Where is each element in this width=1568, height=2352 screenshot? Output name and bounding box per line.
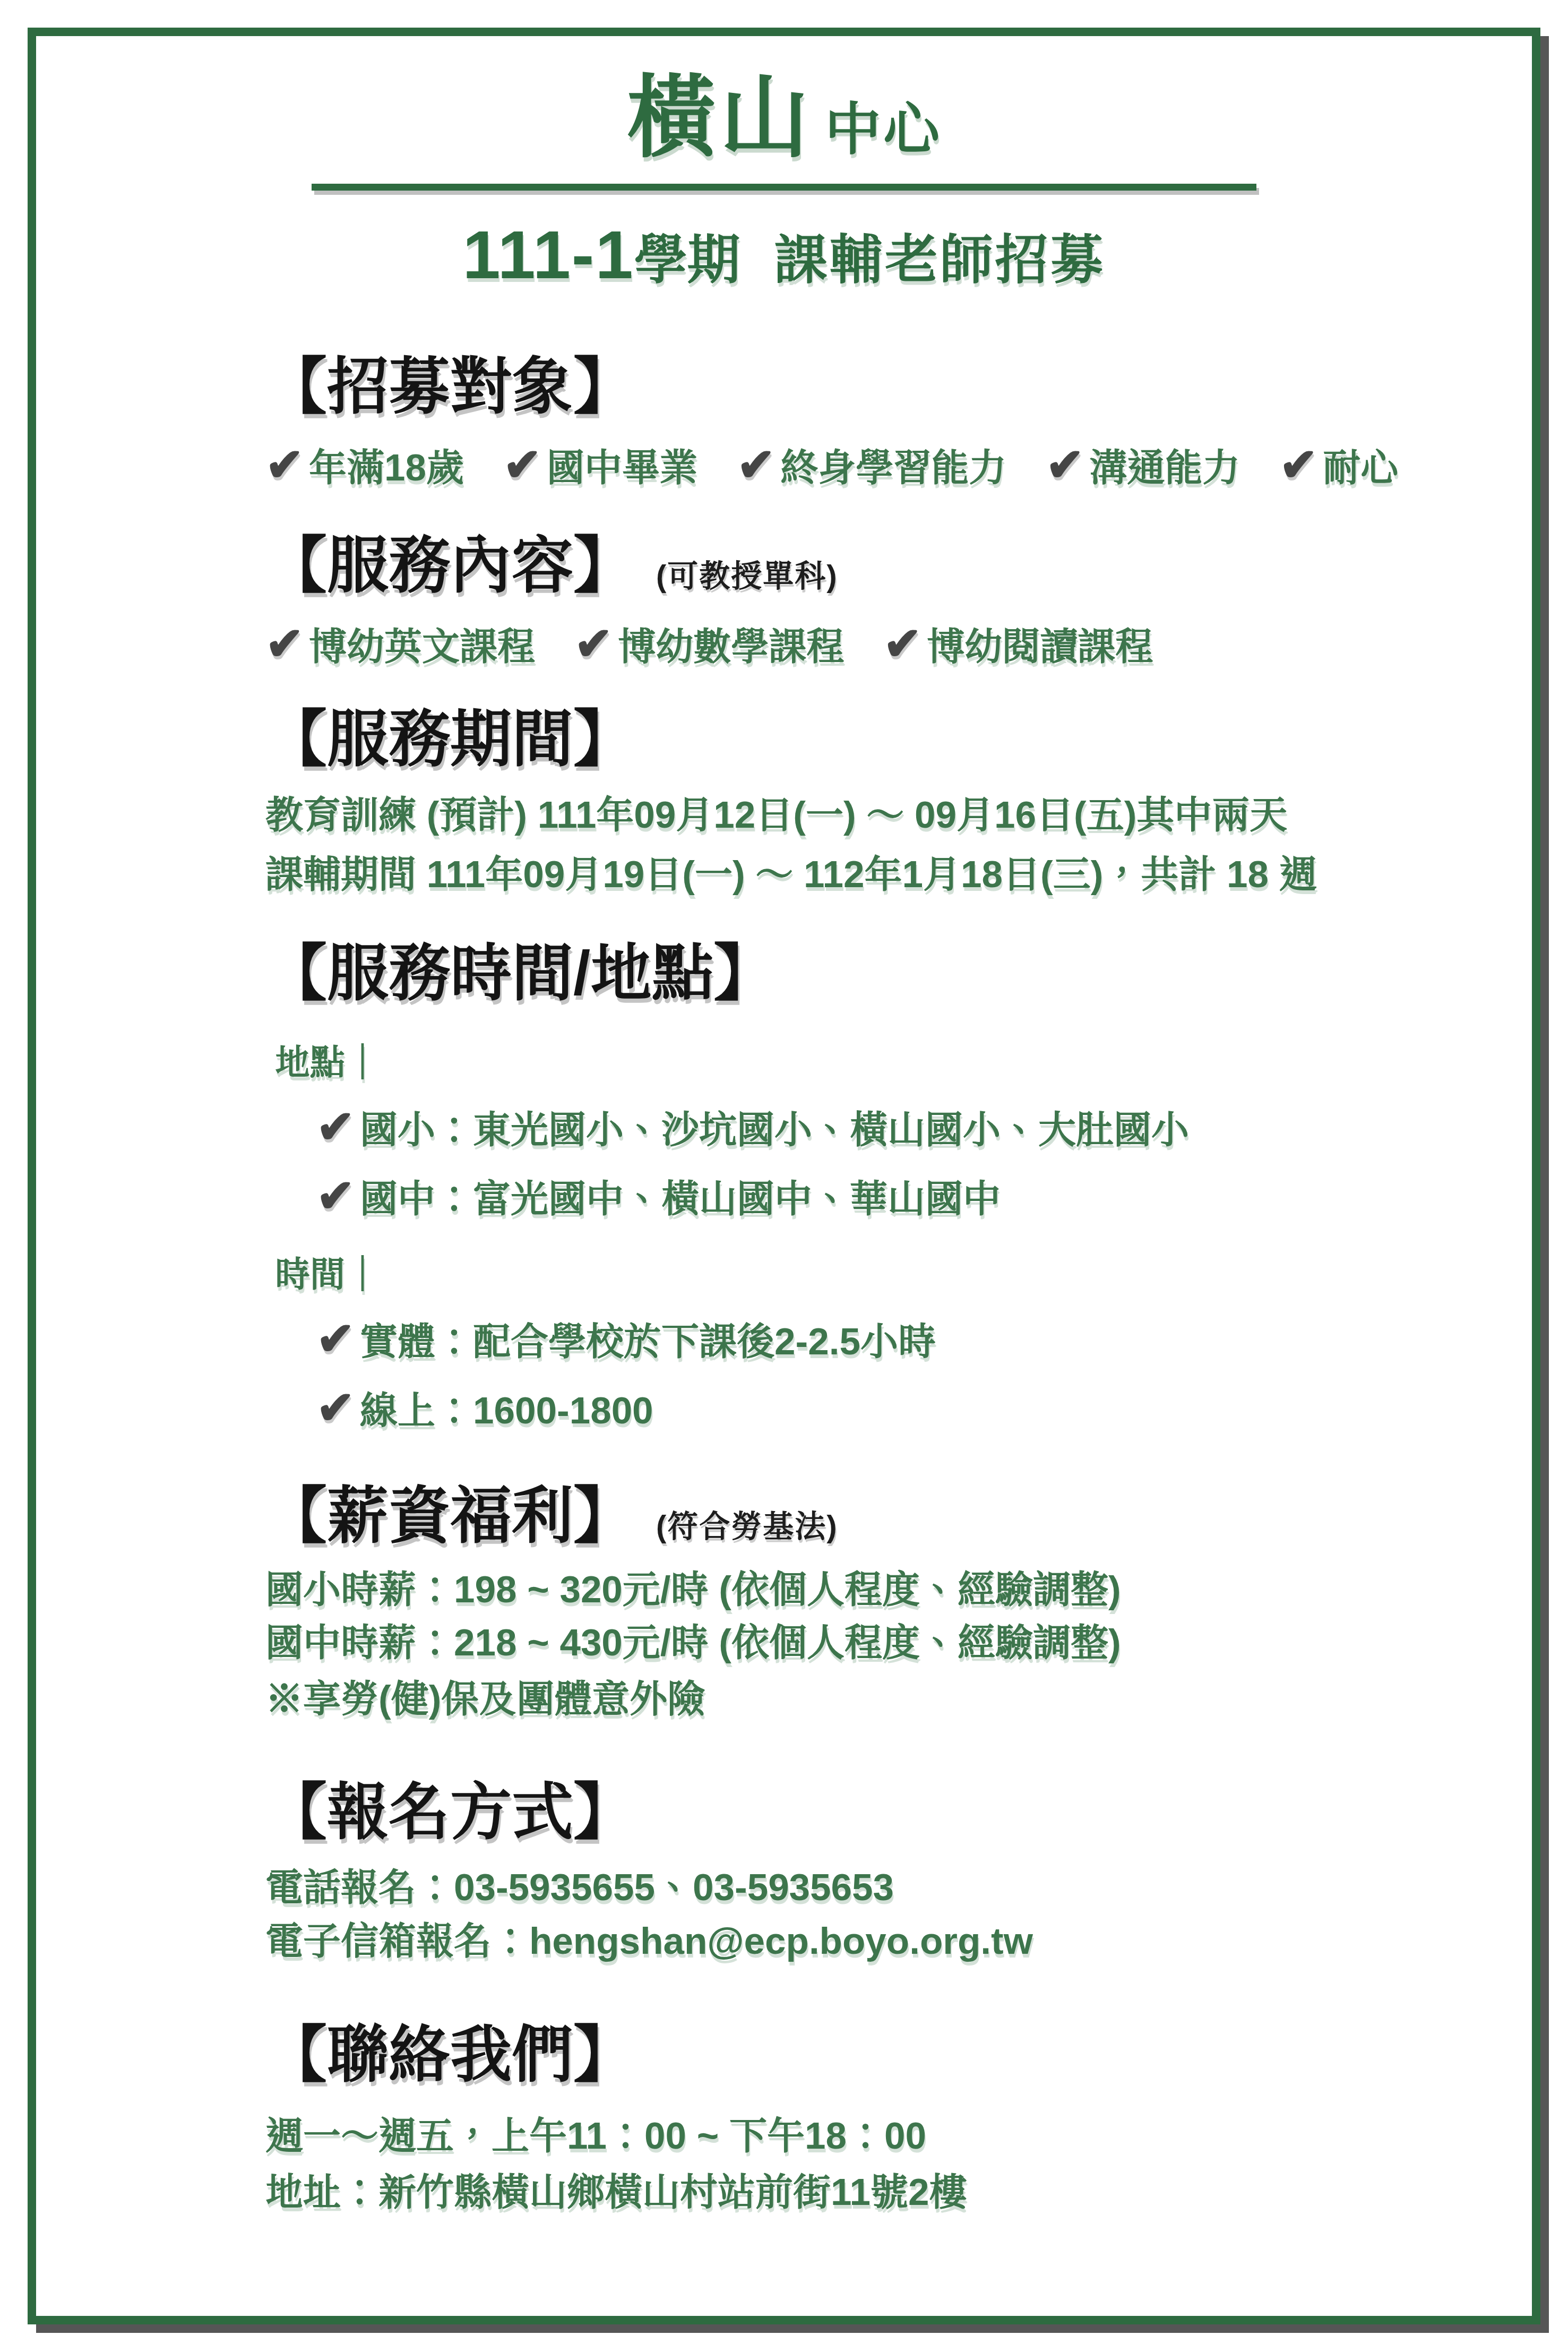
section-heading-recruit: 【招募對象】 — [265, 350, 1426, 424]
list-item: ✔博幼數學課程 — [574, 616, 844, 671]
time-item-online: 線上：1600-1800 — [360, 1380, 653, 1435]
section-heading-note: (可教授單科) — [656, 558, 838, 595]
check-icon: ✔ — [316, 1173, 355, 1219]
services-check-list: ✔博幼英文課程 ✔博幼數學課程 ✔博幼閱讀課程 — [265, 616, 1426, 671]
list-item: ✔博幼閱讀課程 — [883, 616, 1153, 671]
recruit-check-list: ✔年滿18歲 ✔國中畢業 ✔終身學習能力 ✔溝通能力 ✔耐心 — [265, 437, 1426, 492]
list-item: ✔終身學習能力 — [737, 437, 1006, 492]
list-item: ✔ 實體：配合學校於下課後2-2.5小時 — [316, 1311, 1426, 1366]
signup-phone-line: 電話報名：03-5935655、03-5935653 — [265, 1862, 1426, 1913]
section-heading-contact: 【聯絡我們】 — [265, 2018, 1426, 2092]
salary-row-elementary: 國小時薪：198 ~ 320元/時 (依個人程度、經驗調整) — [265, 1565, 1426, 1616]
section-time-place: 【服務時間/地點】 地點｜ ✔ 國小：東光國小、沙坑國小、橫山國小、大肚國小 ✔… — [265, 937, 1426, 1434]
title-main: 橫山 — [626, 68, 813, 168]
salary-prefix: 國小時薪： — [265, 1569, 454, 1611]
section-heading-time-place: 【服務時間/地點】 — [265, 937, 1426, 1010]
salary-suffix: (依個人程度、經驗調整) — [709, 1622, 1121, 1664]
subtitle-term-label: 學期 — [634, 230, 740, 290]
place-label: 地點｜ — [275, 1034, 1426, 1085]
recruit-item-label: 耐心 — [1323, 437, 1398, 492]
section-heading-text: 【服務內容】 — [265, 529, 635, 603]
salary-range: 198 ~ 320元/時 — [454, 1569, 709, 1611]
check-icon: ✔ — [883, 621, 921, 667]
contact-hours-line: 週一～週五，上午11：00 ~ 下午18：00 — [265, 2111, 1426, 2162]
recruit-item-label: 年滿18歲 — [309, 437, 464, 492]
list-item: ✔ 國中：富光國中、橫山國中、華山國中 — [316, 1169, 1426, 1223]
section-heading-text: 【薪資福利】 — [265, 1479, 635, 1553]
service-item-label: 博幼閱讀課程 — [927, 616, 1153, 671]
section-heading-signup: 【報名方式】 — [265, 1775, 1426, 1849]
salary-suffix: (依個人程度、經驗調整) — [709, 1569, 1121, 1611]
section-heading-services: 【服務內容】 (可教授單科) — [265, 529, 1426, 603]
section-service-period: 【服務期間】 教育訓練 (預計) 111年09月12日(一) ～ 09月16日(… — [265, 702, 1426, 905]
recruit-item-label: 終身學習能力 — [780, 437, 1006, 492]
subtitle: 111-1學期課輔老師招募 — [36, 216, 1532, 294]
section-heading-period: 【服務期間】 — [265, 702, 1426, 776]
list-item: ✔ 國小：東光國小、沙坑國小、橫山國小、大肚國小 — [316, 1100, 1426, 1154]
page-title: 橫山中心 — [36, 71, 1532, 165]
check-icon: ✔ — [503, 442, 541, 488]
check-icon: ✔ — [265, 442, 304, 488]
list-item: ✔耐心 — [1279, 437, 1398, 492]
place-item-junior-high: 國中：富光國中、橫山國中、華山國中 — [360, 1169, 1001, 1223]
section-contact: 【聯絡我們】 週一～週五，上午11：00 ~ 下午18：00 地址：新竹縣橫山鄉… — [265, 2018, 1426, 2218]
section-heading-salary: 【薪資福利】 (符合勞基法) — [265, 1479, 1426, 1553]
list-item: ✔國中畢業 — [503, 437, 697, 492]
service-item-label: 博幼英文課程 — [309, 616, 535, 671]
salary-insurance-footnote: ※享勞(健)保及團體意外險 — [265, 1674, 1426, 1725]
check-icon: ✔ — [737, 442, 775, 488]
salary-range: 218 ~ 430元/時 — [454, 1622, 709, 1664]
recruitment-poster: 橫山中心 111-1學期課輔老師招募 【招募對象】 ✔年滿18歲 ✔國中畢業 ✔… — [0, 0, 1568, 2352]
check-icon: ✔ — [316, 1385, 355, 1431]
section-salary: 【薪資福利】 (符合勞基法) 國小時薪：198 ~ 320元/時 (依個人程度、… — [265, 1479, 1426, 1725]
check-icon: ✔ — [265, 621, 304, 667]
poster-header: 橫山中心 111-1學期課輔老師招募 — [36, 36, 1532, 295]
section-service-content: 【服務內容】 (可教授單科) ✔博幼英文課程 ✔博幼數學課程 ✔博幼閱讀課程 — [265, 529, 1426, 671]
time-item-onsite: 實體：配合學校於下課後2-2.5小時 — [360, 1311, 936, 1366]
list-item: ✔ 線上：1600-1800 — [316, 1380, 1426, 1435]
section-heading-note: (符合勞基法) — [656, 1508, 838, 1546]
salary-row-junior-high: 國中時薪：218 ~ 430元/時 (依個人程度、經驗調整) — [265, 1618, 1426, 1669]
service-item-label: 博幼數學課程 — [618, 616, 844, 671]
recruit-item-label: 國中畢業 — [547, 437, 697, 492]
period-tutoring-line: 課輔期間 111年09月19日(一) ～ 112年1月18日(三)，共計 18 … — [265, 845, 1426, 905]
section-recruit-targets: 【招募對象】 ✔年滿18歲 ✔國中畢業 ✔終身學習能力 ✔溝通能力 ✔耐心 — [265, 350, 1426, 492]
check-icon: ✔ — [1046, 442, 1084, 488]
contact-address-line: 地址：新竹縣橫山鄉橫山村站前街11號2樓 — [265, 2167, 1426, 2218]
period-training-line: 教育訓練 (預計) 111年09月12日(一) ～ 09月16日(五)其中兩天 — [265, 786, 1426, 845]
section-signup: 【報名方式】 電話報名：03-5935655、03-5935653 電子信箱報名… — [265, 1775, 1426, 1967]
poster-content: 橫山中心 111-1學期課輔老師招募 【招募對象】 ✔年滿18歲 ✔國中畢業 ✔… — [36, 36, 1532, 2316]
sections: 【招募對象】 ✔年滿18歲 ✔國中畢業 ✔終身學習能力 ✔溝通能力 ✔耐心 【服… — [36, 350, 1532, 2219]
check-icon: ✔ — [1279, 442, 1317, 488]
list-item: ✔溝通能力 — [1046, 437, 1240, 492]
list-item: ✔博幼英文課程 — [265, 616, 535, 671]
title-suffix: 中心 — [825, 98, 942, 161]
list-item: ✔年滿18歲 — [265, 437, 464, 492]
subtitle-term-number: 111-1 — [462, 217, 634, 293]
check-icon: ✔ — [574, 621, 613, 667]
salary-prefix: 國中時薪： — [265, 1622, 454, 1664]
check-icon: ✔ — [316, 1316, 355, 1362]
signup-email-line: 電子信箱報名：hengshan@ecp.boyo.org.tw — [265, 1916, 1426, 1967]
check-icon: ✔ — [316, 1104, 355, 1150]
time-label: 時間｜ — [275, 1246, 1426, 1297]
place-item-elementary: 國小：東光國小、沙坑國小、橫山國小、大肚國小 — [360, 1100, 1189, 1154]
recruit-item-label: 溝通能力 — [1089, 437, 1240, 492]
subtitle-recruit-label: 課輔老師招募 — [774, 230, 1106, 290]
title-divider — [312, 184, 1256, 191]
